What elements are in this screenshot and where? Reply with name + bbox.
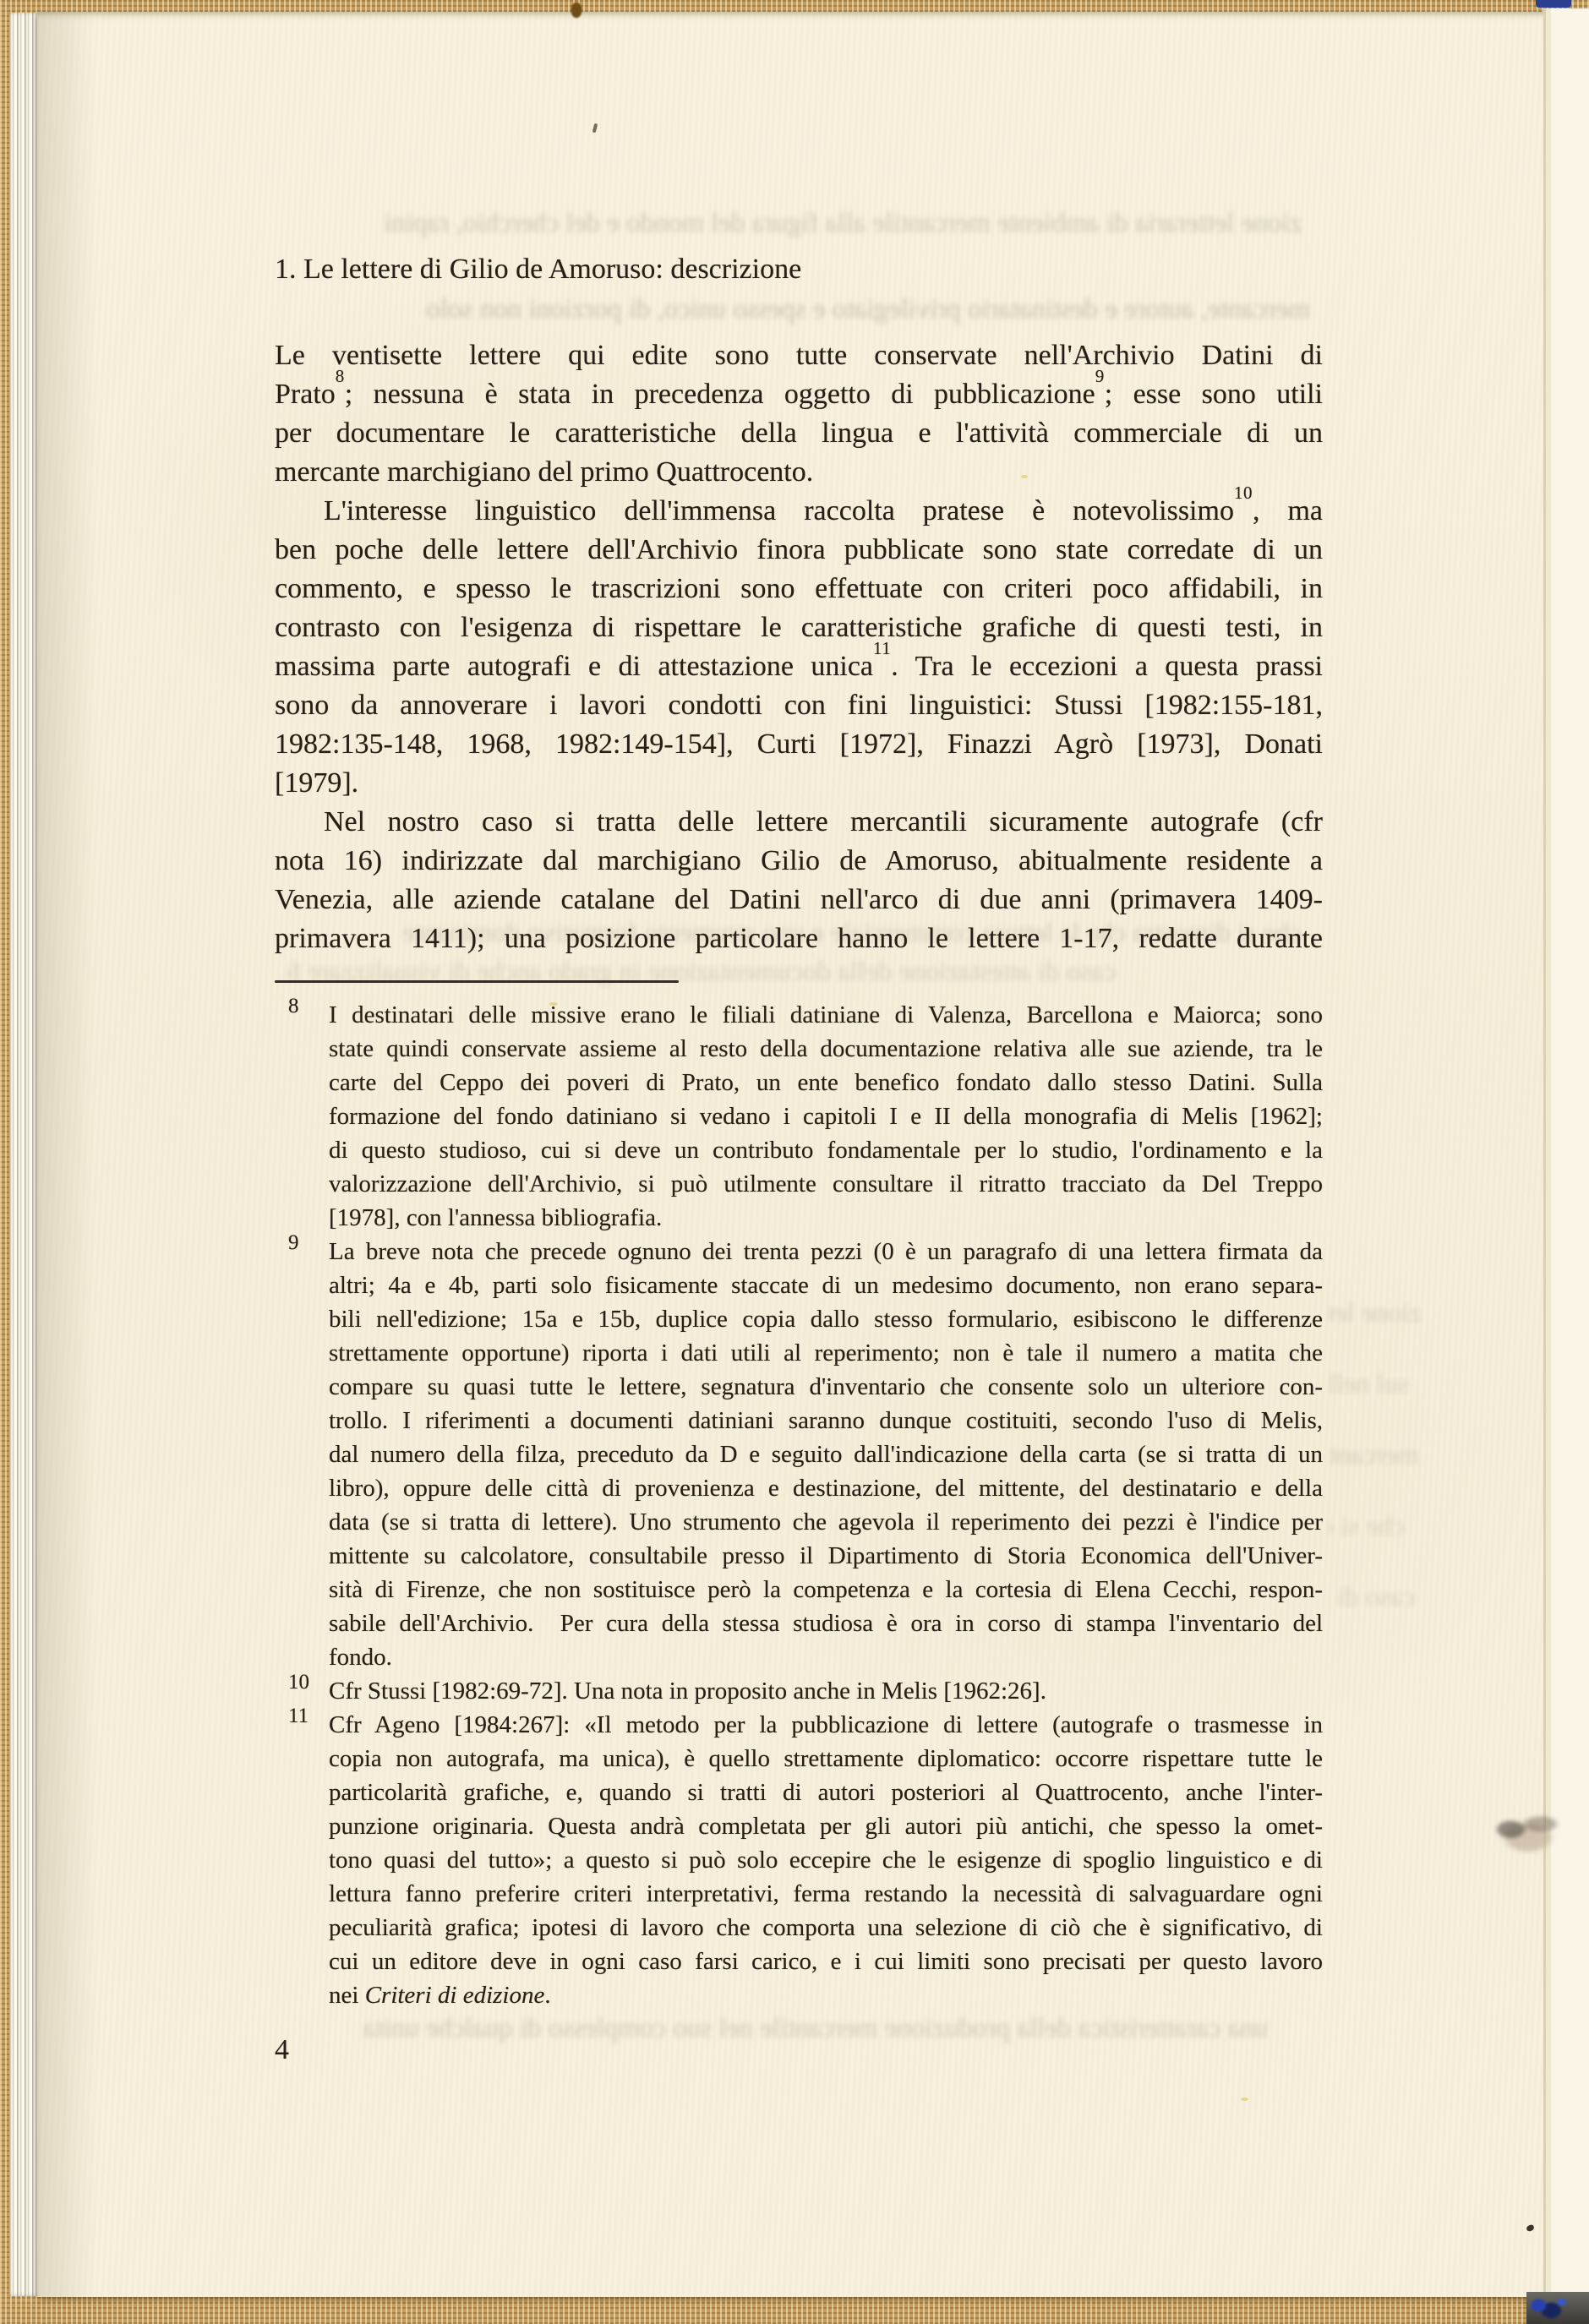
- text-line: massima parte autografi e di attestazion…: [275, 647, 1323, 686]
- body-text: Le ventisette lettere qui edite sono tut…: [275, 336, 1323, 958]
- footnote-number: 11: [288, 1705, 309, 1728]
- text-line: per documentare le caratteristiche della…: [275, 414, 1323, 453]
- footnote: 8I destinatari delle missive erano le fi…: [275, 998, 1323, 1235]
- italic-title: Criteri di edizione: [365, 1982, 545, 2009]
- footnote-line: copia non autografa, ma unica), è quello…: [329, 1742, 1323, 1776]
- page-edge-stack: [9, 13, 39, 2296]
- text-line: Le ventisette lettere qui edite sono tut…: [275, 336, 1323, 375]
- footnote-line: di questo studioso, cui si deve un contr…: [329, 1133, 1323, 1167]
- footnote-line: sabile dell'Archivio. Per cura della ste…: [329, 1607, 1323, 1640]
- footnote-number: 9: [288, 1231, 299, 1255]
- footnote-line: nei Criteri di edizione.: [329, 1978, 1323, 2012]
- footnote-line: mittente su calcolatore, consultabile pr…: [329, 1539, 1323, 1573]
- footnote-line: particolarità grafiche, e, quando si tra…: [329, 1776, 1323, 1809]
- footnote-line: formazione del fondo datiniano si vedano…: [329, 1099, 1323, 1133]
- body-paragraph: Nel nostro caso si tratta delle lettere …: [275, 803, 1323, 958]
- page-number: 4: [275, 2031, 1323, 2070]
- footnote-line: [1978], con l'annessa bibliografia.: [329, 1201, 1323, 1235]
- text-line: 1982:135-148, 1968, 1982:149-154], Curti…: [275, 725, 1323, 764]
- text-line: Prato8; nessuna è stata in precedenza og…: [275, 375, 1323, 414]
- footnote: 9La breve nota che precede ognuno dei tr…: [275, 1235, 1323, 1674]
- footnote: 11Cfr Ageno [1984:267]: «Il metodo per l…: [275, 1708, 1323, 2012]
- printed-text-column: 1. Le lettere di Gilio de Amoruso: descr…: [275, 0, 1323, 2070]
- footnote-line: compare su quasi tutte le lettere, segna…: [329, 1370, 1323, 1404]
- footnote-line: libro), oppure delle città di provenienz…: [329, 1471, 1323, 1505]
- footnote-marker: 11: [873, 638, 891, 658]
- text-line: sono da annoverare i lavori condotti con…: [275, 686, 1323, 725]
- paper-stain: [1488, 1805, 1565, 1859]
- footnote-line: carte del Ceppo dei poveri di Prato, un …: [329, 1066, 1323, 1099]
- footnote-line: valorizzazione dell'Archivio, si può uti…: [329, 1167, 1323, 1201]
- footnote-marker: 9: [1095, 366, 1105, 386]
- footnote-line: peculiarità grafica; ipotesi di lavoro c…: [329, 1911, 1323, 1945]
- footnote: 10Cfr Stussi [1982:69-72]. Una nota in p…: [275, 1674, 1323, 1708]
- text-line: nota 16) indirizzate dal marchigiano Gil…: [275, 842, 1323, 881]
- footnote-number: 8: [288, 995, 299, 1018]
- footnote-line: cui un editore deve in ogni caso farsi c…: [329, 1945, 1323, 1978]
- scanned-book-page: zione letteraria di ambiente mercantile …: [0, 0, 1589, 2324]
- footnotes-block: 8I destinatari delle missive erano le fi…: [275, 998, 1323, 2012]
- footnote-line: bili nell'edizione; 15a e 15b, duplice c…: [329, 1302, 1323, 1336]
- body-paragraph: L'interesse linguistico dell'immensa rac…: [275, 492, 1323, 803]
- text-line: Venezia, alle aziende catalane del Datin…: [275, 881, 1323, 919]
- footnote-line: Cfr Stussi [1982:69-72]. Una nota in pro…: [329, 1674, 1323, 1708]
- text-line: Nel nostro caso si tratta delle lettere …: [275, 803, 1323, 842]
- footnote-line: lettura fanno preferire criteri interpre…: [329, 1877, 1323, 1911]
- body-paragraph: Le ventisette lettere qui edite sono tut…: [275, 336, 1323, 492]
- footnote-line: punzione originaria. Questa andrà comple…: [329, 1809, 1323, 1843]
- footnote-line: altri; 4a e 4b, parti solo fisicamente s…: [329, 1268, 1323, 1302]
- text-line: [1979].: [275, 764, 1323, 803]
- footnote-line: state quindi conservate assieme al resto…: [329, 1032, 1323, 1066]
- paper-fiber-fleck: [1241, 2098, 1248, 2101]
- footnote-line: tono quasi del tutto»; a questo si può s…: [329, 1843, 1323, 1877]
- binding-thread-top: [1536, 0, 1571, 8]
- text-line: L'interesse linguistico dell'immensa rac…: [275, 492, 1323, 531]
- footnote-marker: 10: [1234, 483, 1253, 503]
- page-fold-edge: [1543, 8, 1589, 2295]
- footnote-line: strettamente opportune) riporta i dati u…: [329, 1336, 1323, 1370]
- text-line: ben poche delle lettere dell'Archivio fi…: [275, 531, 1323, 570]
- footnote-line: trollo. I riferimenti a documenti datini…: [329, 1404, 1323, 1437]
- section-heading: 1. Le lettere di Gilio de Amoruso: descr…: [275, 250, 1323, 289]
- footnote-line: Cfr Ageno [1984:267]: «Il metodo per la …: [329, 1708, 1323, 1742]
- text-line: commento, e spesso le trascrizioni sono …: [275, 570, 1323, 608]
- text-line: contrasto con l'esigenza di rispettare l…: [275, 608, 1323, 647]
- footnote-line: I destinatari delle missive erano le fil…: [329, 998, 1323, 1032]
- footnote-line: data (se si tratta di lettere). Uno stru…: [329, 1505, 1323, 1539]
- footnote-separator-rule: [275, 980, 679, 983]
- text-line: primavera 1411); una posizione particola…: [275, 919, 1323, 958]
- footnote-line: La breve nota che precede ognuno dei tre…: [329, 1235, 1323, 1268]
- footnote-line: dal numero della filza, preceduto da D e…: [329, 1437, 1323, 1471]
- binding-thread-tassel: [1520, 2290, 1572, 2324]
- footnote-line: fondo.: [329, 1640, 1323, 1674]
- footnote-number: 10: [288, 1671, 309, 1694]
- footnote-marker: 8: [336, 366, 345, 386]
- footnote-line: sità di Firenze, che non sostituisce per…: [329, 1573, 1323, 1607]
- text-line: mercante marchigiano del primo Quattroce…: [275, 453, 1323, 492]
